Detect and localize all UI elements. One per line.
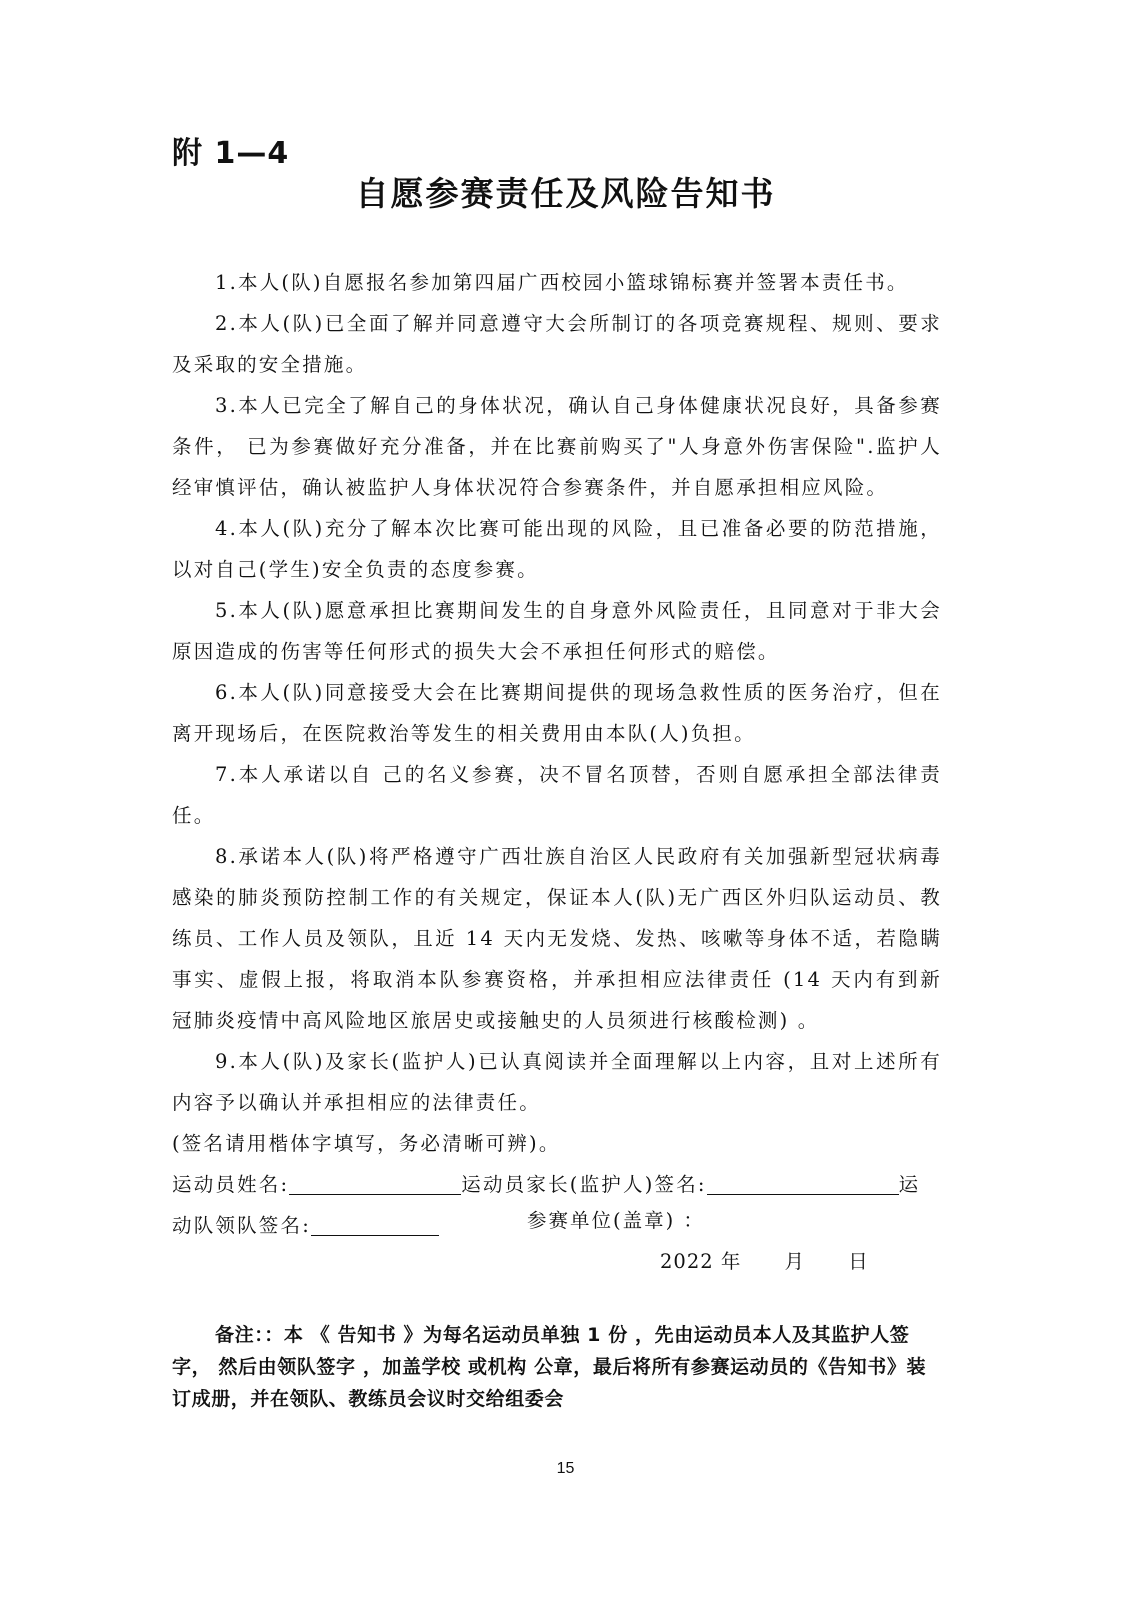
clause-8: 8.承诺本人(队)将严格遵守广西壮族自治区人民政府有关加强新型冠状病毒感染的肺炎… — [172, 836, 942, 1041]
seal-label: 参赛单位(盖章) ： — [527, 1205, 705, 1233]
clause-3: 3.本人已完全了解自己的身体状况，确认自己身体健康状况良好，具备参赛条件， 已为… — [172, 385, 942, 508]
document-page: 附 1—4 自愿参赛责任及风险告知书 1.本人(队)自愿报名参加第四届广西校园小… — [0, 0, 1131, 1600]
remarks-note: 备注：：本 《 告知书 》为每名运动员单独 1 份 ，先由运动员本人及其监护人签… — [172, 1319, 942, 1415]
clause-9: 9.本人(队)及家长(监护人)已认真阅读并全面理解以上内容，且对上述所有内容予以… — [172, 1041, 942, 1123]
guardian-signature-field[interactable] — [707, 1172, 899, 1195]
clause-2: 2.本人(队)已全面了解并同意遵守大会所制订的各项竞赛规程、规则、要求及采取的安… — [172, 303, 942, 385]
clause-5: 5.本人(队)愿意承担比赛期间发生的自身意外风险责任，且同意对于非大会原因造成的… — [172, 590, 942, 672]
clause-4: 4.本人(队)充分了解本次比赛可能出现的风险，且已准备必要的防范措施，以对自己(… — [172, 508, 942, 590]
signature-instruction: (签名请用楷体字填写，务必清晰可辨)。 — [172, 1123, 942, 1164]
leader-signature-field[interactable] — [311, 1213, 439, 1236]
signature-row-1: 运动员姓名:运动员家长(监护人)签名:运 — [172, 1164, 942, 1205]
leader-label-part1: 运 — [899, 1173, 921, 1196]
remarks-text: 备注：：本 《 告知书 》为每名运动员单独 1 份 ，先由运动员本人及其监护人签… — [172, 1319, 942, 1415]
athlete-name-label: 运动员姓名: — [172, 1173, 289, 1196]
athlete-name-field[interactable] — [289, 1172, 461, 1195]
date-line: 2022 年 月 日 — [660, 1246, 869, 1274]
guardian-signature-label: 运动员家长(监护人)签名: — [461, 1173, 706, 1196]
clause-6: 6.本人(队)同意接受大会在比赛期间提供的现场急救性质的医务治疗，但在离开现场后… — [172, 672, 942, 754]
page-number: 15 — [0, 1460, 1131, 1478]
document-title: 自愿参赛责任及风险告知书 — [0, 168, 1131, 215]
leader-signature-label: 动队领队签名: — [172, 1214, 311, 1237]
clause-7: 7.本人承诺以自 己的名义参赛，决不冒名顶替，否则自愿承担全部法律责任。 — [172, 754, 942, 836]
clause-1: 1.本人(队)自愿报名参加第四届广西校园小篮球锦标赛并签署本责任书。 — [172, 262, 942, 303]
clauses-body: 1.本人(队)自愿报名参加第四届广西校园小篮球锦标赛并签署本责任书。 2.本人(… — [172, 262, 942, 1246]
annex-label: 附 1—4 — [172, 128, 289, 172]
